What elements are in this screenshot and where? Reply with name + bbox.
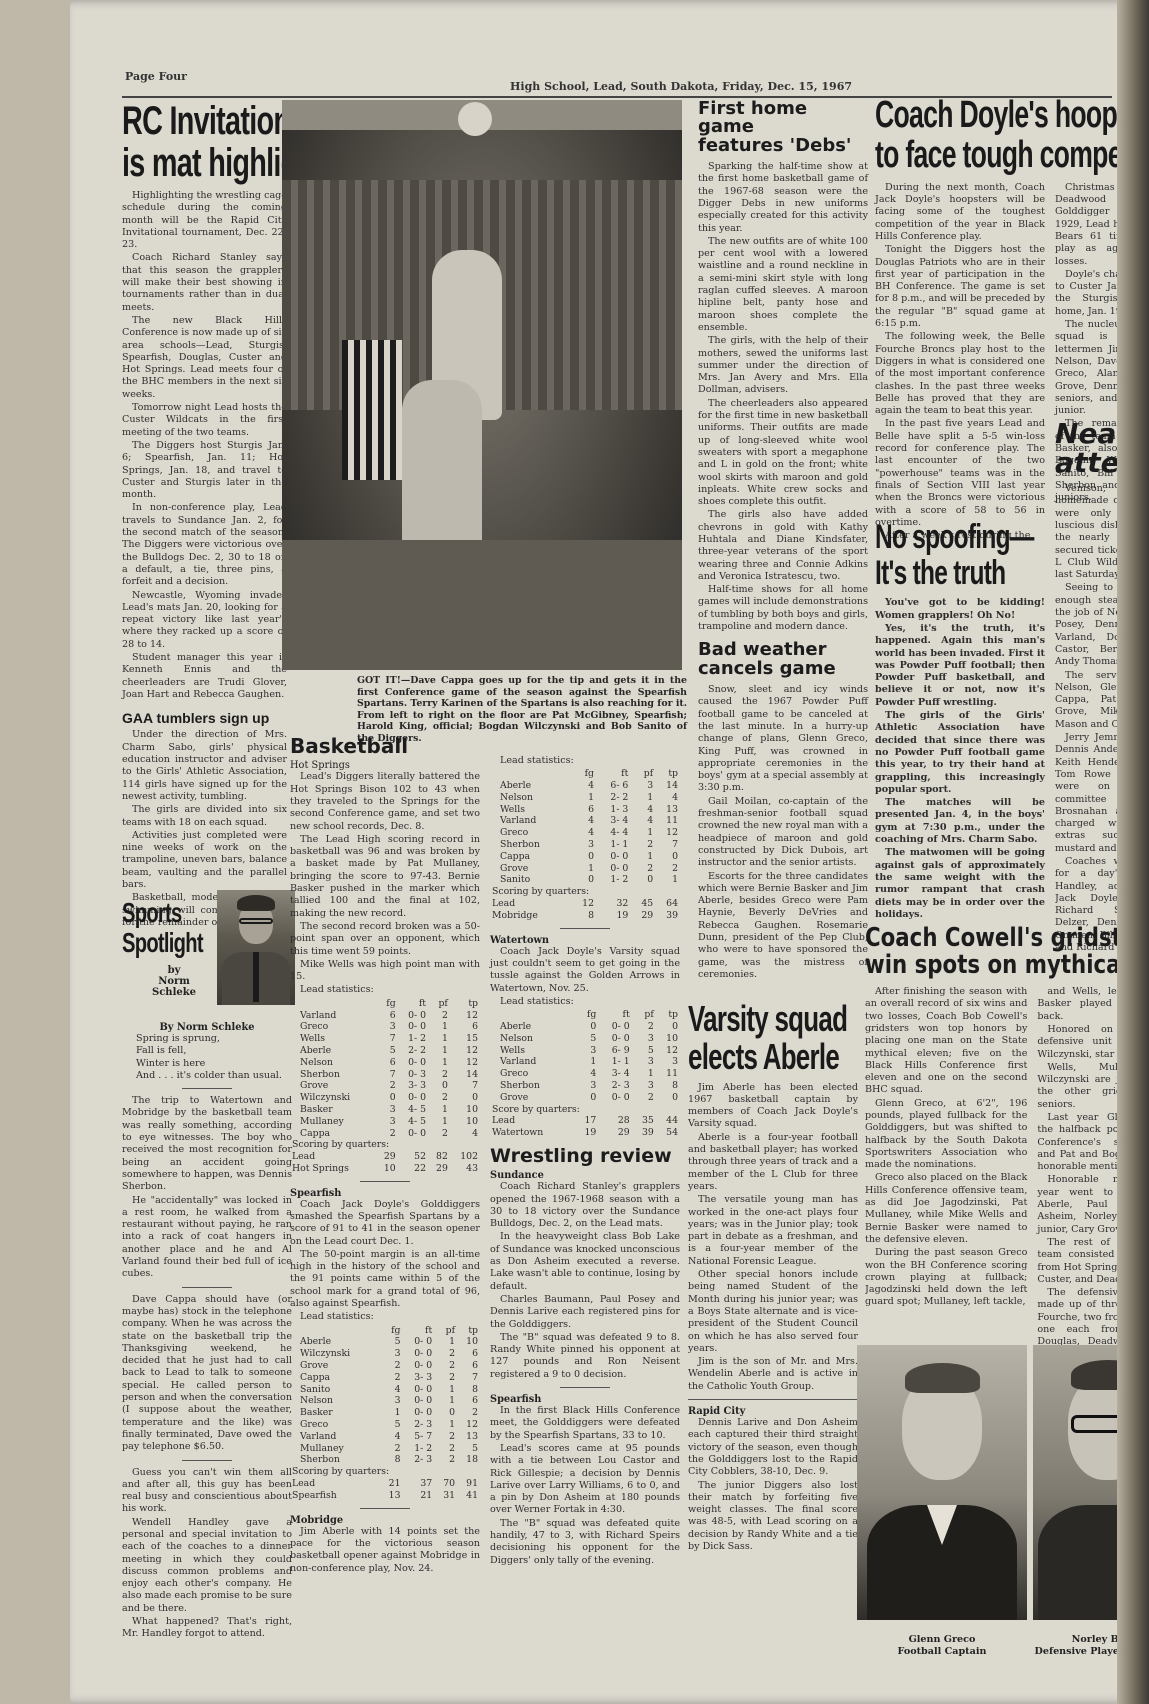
cell: 3- 3 bbox=[403, 1372, 435, 1384]
divider bbox=[560, 1387, 610, 1388]
cell: 3- 4 bbox=[596, 815, 630, 827]
paragraph: After finishing the season with an overa… bbox=[865, 986, 1027, 1097]
table-row: Sanito01- 201 bbox=[490, 874, 680, 886]
cell: 3 bbox=[632, 1080, 656, 1092]
paragraph: The girls are divided into six teams wit… bbox=[122, 804, 287, 829]
paragraph: The 50-point margin is an all-time high … bbox=[290, 1249, 480, 1310]
paragraph: The versatile young man has worked in th… bbox=[688, 1194, 858, 1268]
cell: 18 bbox=[457, 1454, 480, 1466]
quarters-row: Watertown19293954 bbox=[490, 1127, 680, 1139]
doyle-body-col1: During the next month, Coach Jack Doyle'… bbox=[875, 182, 1045, 544]
basketball-action-photo bbox=[282, 100, 682, 670]
cell: 5 bbox=[380, 1336, 403, 1348]
player-name: Varland bbox=[290, 1010, 376, 1022]
cell: 41 bbox=[457, 1490, 480, 1502]
rc-invitational-article: RC Invitational is mat highlight Highlig… bbox=[122, 100, 287, 930]
paragraph: In non-conference play, Lead travels to … bbox=[122, 502, 287, 588]
poem-line: And . . . it's colder than usual. bbox=[136, 1070, 292, 1082]
player-name: Wells bbox=[490, 1045, 574, 1057]
paragraph: The "B" squad was defeated 9 to 8. Randy… bbox=[490, 1332, 680, 1381]
player-name: Grove bbox=[290, 1360, 380, 1372]
divider bbox=[360, 1508, 410, 1509]
cell: 8 bbox=[380, 1454, 403, 1466]
cell: 43 bbox=[450, 1163, 480, 1175]
paragraph: Tonight the Diggers host the Douglas Pat… bbox=[875, 244, 1045, 330]
cell: 19 bbox=[574, 1127, 598, 1139]
cell: 0 bbox=[656, 1092, 680, 1104]
paragraph: The second record broken was a 50-point … bbox=[290, 921, 480, 958]
cell: 4 bbox=[574, 1068, 598, 1080]
mobridge-label: Mobridge bbox=[290, 1515, 480, 1526]
paragraph: Lead's scores came at 95 pounds with a t… bbox=[490, 1443, 680, 1517]
paragraph: Half-time shows for all home games will … bbox=[698, 584, 868, 633]
spearfish-stats-table: fgftpftp Aberle50- 0110 Wilczynski30- 02… bbox=[290, 1325, 480, 1502]
cowell-columns: After finishing the season with an overa… bbox=[865, 986, 1149, 1362]
cell: 32 bbox=[596, 898, 630, 910]
player-name: Aberle bbox=[490, 780, 571, 792]
paragraph: Charles Baumann, Paul Posey and Dennis L… bbox=[490, 1294, 680, 1331]
player-name: Nelson bbox=[490, 1033, 574, 1045]
cutline-name: Glenn Greco bbox=[857, 1634, 1027, 1646]
paragraph: The girls, with the help of their mother… bbox=[698, 335, 868, 396]
player-name: Greco bbox=[290, 1419, 380, 1431]
table-row: Mullaney34- 5110 bbox=[290, 1116, 480, 1128]
referee bbox=[342, 340, 402, 480]
paragraph: Dave Cappa should have (or maybe has) st… bbox=[122, 1294, 292, 1454]
cell: 2 bbox=[428, 1010, 450, 1022]
cell: 1 bbox=[571, 863, 596, 875]
cowell-headline-1: Coach Cowell's gridsters bbox=[865, 925, 1127, 952]
cell: 2- 3 bbox=[598, 1080, 631, 1092]
cell: 13 bbox=[457, 1431, 480, 1443]
rapid-city-body: Dennis Larive and Don Asheim each captur… bbox=[688, 1417, 858, 1553]
cell: 0- 0 bbox=[598, 1092, 631, 1104]
quarters-label: Scoring by quarters: bbox=[490, 886, 680, 898]
paragraph: Activities just completed were nine week… bbox=[122, 830, 287, 891]
stats-label: Lead statistics: bbox=[290, 1311, 480, 1323]
cell: 39 bbox=[655, 910, 680, 922]
cell: 0- 0 bbox=[598, 1021, 631, 1033]
cell: 7 bbox=[376, 1033, 398, 1045]
hot-springs-body: Lead's Diggers literally battered the Ho… bbox=[290, 771, 480, 996]
cell: 2 bbox=[434, 1454, 457, 1466]
cell: 2 bbox=[428, 1092, 450, 1104]
gym-floor bbox=[282, 540, 682, 670]
col-header: tp bbox=[450, 998, 480, 1010]
cell: 12 bbox=[450, 1057, 480, 1069]
cell: 10 bbox=[450, 1116, 480, 1128]
cell: 13 bbox=[380, 1490, 403, 1502]
cell: 14 bbox=[655, 780, 680, 792]
cell: 1 bbox=[434, 1336, 457, 1348]
paragraph: Newcastle, Wyoming invades Lead's mats J… bbox=[122, 590, 287, 651]
paragraph: Aberle is a four-year football and baske… bbox=[688, 1132, 858, 1193]
table-row: Wells71- 2115 bbox=[290, 1033, 480, 1045]
col-header: ft bbox=[403, 1325, 435, 1337]
paragraph: The matwomen will be going against gals … bbox=[875, 847, 1045, 921]
paragraph: The Diggers host Sturgis Jan. 6; Spearfi… bbox=[122, 440, 287, 501]
greco-cutline: Glenn Greco Football Captain bbox=[857, 1634, 1027, 1657]
cell: 22 bbox=[398, 1163, 428, 1175]
paragraph: Under the direction of Mrs. Charm Sabo, … bbox=[122, 729, 287, 803]
cell: 3- 3 bbox=[398, 1080, 428, 1092]
table-row: Grove23- 307 bbox=[290, 1080, 480, 1092]
table-row: Sanito40- 018 bbox=[290, 1384, 480, 1396]
player-name: Wells bbox=[490, 804, 571, 816]
team-name: Lead bbox=[490, 1115, 574, 1127]
basketball-article-col1: Basketball Hot Springs Lead's Diggers li… bbox=[290, 736, 480, 1576]
player-name: Cappa bbox=[290, 1128, 376, 1140]
cell: 19 bbox=[596, 910, 630, 922]
table-row: Varland45- 7213 bbox=[290, 1431, 480, 1443]
quarters-label-row: Scoring by quarters: bbox=[290, 1466, 480, 1478]
aberle-headline-2: elects Aberle bbox=[688, 1038, 810, 1076]
team-name: Lead bbox=[290, 1151, 376, 1163]
cell: 5 bbox=[457, 1443, 480, 1455]
paragraph: Other special honors include being named… bbox=[688, 1269, 858, 1355]
col-header: ft bbox=[596, 768, 630, 780]
col-header: tp bbox=[457, 1325, 480, 1337]
player-name: Cappa bbox=[490, 851, 571, 863]
paragraph: The junior Diggers also lost their match… bbox=[688, 1480, 858, 1554]
hot-springs-stats-table: fgftpftp Varland60- 0212 Greco30- 016 We… bbox=[290, 998, 480, 1175]
cell: 6- 9 bbox=[598, 1045, 631, 1057]
doyle-headline-2: to face tough competition bbox=[875, 136, 1099, 176]
spotlight-body-2: Dave Cappa should have (or maybe has) st… bbox=[122, 1294, 292, 1454]
cell: 1 bbox=[428, 1116, 450, 1128]
cell: 6- 6 bbox=[596, 780, 630, 792]
paragraph: The girls of the Girls' Athletic Associa… bbox=[875, 710, 1045, 796]
player-name: Grove bbox=[490, 863, 571, 875]
cell: 102 bbox=[450, 1151, 480, 1163]
cell: 3 bbox=[632, 1056, 656, 1068]
cell: 6 bbox=[376, 1057, 398, 1069]
cell: 0 bbox=[571, 874, 596, 886]
quarters-row: Spearfish13213141 bbox=[290, 1490, 480, 1502]
cell: 10 bbox=[450, 1104, 480, 1116]
player-name: Mullaney bbox=[290, 1116, 376, 1128]
cowell-article: Coach Cowell's gridsters win spots on my… bbox=[865, 925, 1149, 1362]
mobridge-stats-intro: Lead statistics: bbox=[490, 755, 680, 767]
cell: 2 bbox=[655, 863, 680, 875]
quarters-row: Lead21377091 bbox=[290, 1478, 480, 1490]
quarters-row: Hot Springs10222943 bbox=[290, 1163, 480, 1175]
player-name: Varland bbox=[490, 1056, 574, 1068]
quarters-row: Lead12324564 bbox=[490, 898, 680, 910]
cell: 8 bbox=[571, 910, 596, 922]
cell: 4- 5 bbox=[398, 1104, 428, 1116]
cell: 5 bbox=[632, 1045, 656, 1057]
cell: 12 bbox=[655, 827, 680, 839]
basketball-headline: Basketball bbox=[290, 736, 480, 756]
col-header: fg bbox=[574, 1009, 598, 1021]
cell: 14 bbox=[450, 1069, 480, 1081]
table-row: Wells36- 9512 bbox=[490, 1045, 680, 1057]
player-name: Wells bbox=[290, 1033, 376, 1045]
paragraph: In the first Black Hills Conference meet… bbox=[490, 1405, 680, 1442]
quarters-label-row: Scoring by quarters: bbox=[490, 886, 680, 898]
page-binding-gutter bbox=[1117, 0, 1149, 1704]
cell: 4- 4 bbox=[596, 827, 630, 839]
player-name: Wilczynski bbox=[290, 1348, 380, 1360]
page-number: Page Four bbox=[125, 70, 187, 83]
debs-body: Sparking the half-time show at the first… bbox=[698, 161, 868, 633]
table-row: Sherbon31- 127 bbox=[490, 839, 680, 851]
spotlight-title-2: Spotlight bbox=[122, 928, 203, 957]
cell: 0- 0 bbox=[403, 1336, 435, 1348]
cell: 0- 0 bbox=[398, 1010, 428, 1022]
cell: 29 bbox=[428, 1163, 450, 1175]
table-row: Mullaney21- 225 bbox=[290, 1443, 480, 1455]
doyle-headline-1: Coach Doyle's hoopsters bbox=[875, 96, 1099, 136]
player-name: Greco bbox=[490, 827, 571, 839]
cell: 1 bbox=[434, 1419, 457, 1431]
rapid-city-label: Rapid City bbox=[688, 1406, 858, 1417]
paragraph: He "accidentally" was locked in a rest r… bbox=[122, 1195, 292, 1281]
col-header: pf bbox=[428, 998, 450, 1010]
paragraph: Wendell Handley gave a personal and spec… bbox=[122, 1517, 292, 1615]
player-name: Nelson bbox=[290, 1395, 380, 1407]
wrestling-headline: Wrestling review bbox=[490, 1147, 680, 1166]
cell: 0 bbox=[574, 1092, 598, 1104]
paragraph: Snow, sleet and icy winds caused the 196… bbox=[698, 684, 868, 795]
player-name: Sherbon bbox=[290, 1069, 376, 1081]
portrait-tie bbox=[253, 952, 259, 1002]
stats-header-row: fgftpftp bbox=[290, 998, 480, 1010]
gaa-headline: GAA tumblers sign up bbox=[122, 711, 287, 725]
cell: 0- 0 bbox=[403, 1348, 435, 1360]
paragraph: Sparking the half-time show at the first… bbox=[698, 161, 868, 235]
paragraph: Jim Aberle with 14 points set the pace f… bbox=[290, 1526, 480, 1575]
rc-headline-2: is mat highlight bbox=[122, 142, 241, 184]
table-row: Wilczynski00- 020 bbox=[290, 1092, 480, 1104]
paragraph: Coach Richard Stanley says that this sea… bbox=[122, 252, 287, 313]
cell: 3 bbox=[380, 1395, 403, 1407]
quarters-label: Scoring by quarters: bbox=[290, 1139, 480, 1151]
mobridge-body: Jim Aberle with 14 points set the pace f… bbox=[290, 1526, 480, 1575]
quarters-label-row: Scoring by quarters: bbox=[290, 1139, 480, 1151]
player-name: Cappa bbox=[290, 1372, 380, 1384]
weather-headline-2: cancels game bbox=[698, 660, 868, 678]
cell: 2 bbox=[434, 1443, 457, 1455]
wrestling-spearfish-label: Spearfish bbox=[490, 1394, 680, 1405]
wrestling-spearfish-body: In the first Black Hills Conference meet… bbox=[490, 1405, 680, 1567]
divider bbox=[560, 928, 610, 929]
col-header: fg bbox=[571, 768, 596, 780]
cell: 29 bbox=[630, 910, 655, 922]
paragraph: The trip to Watertown and Mobridge by th… bbox=[122, 1095, 292, 1193]
table-row: Aberle50- 0110 bbox=[290, 1336, 480, 1348]
cell: 0 bbox=[655, 851, 680, 863]
mobridge-stats-table: fgftpftp Aberle46- 6314 Nelson12- 214 We… bbox=[490, 768, 680, 921]
quarters-label: Score by quarters: bbox=[490, 1104, 680, 1116]
cell: 2 bbox=[428, 1069, 450, 1081]
cell: 12 bbox=[571, 898, 596, 910]
paragraph: Escorts for the three candidates which w… bbox=[698, 871, 868, 982]
cell: 12 bbox=[457, 1419, 480, 1431]
paragraph: Highlighting the wrestling cage schedule… bbox=[122, 190, 287, 251]
paragraph: The new Black Hills Conference is now ma… bbox=[122, 315, 287, 401]
cell: 4 bbox=[655, 792, 680, 804]
player-name: Varland bbox=[490, 815, 571, 827]
rc-headline-1: RC Invitational bbox=[122, 100, 241, 142]
table-row: Sherbon70- 3214 bbox=[290, 1069, 480, 1081]
divider bbox=[182, 1287, 232, 1288]
cell: 39 bbox=[632, 1127, 656, 1139]
paragraph: The matches will be presented Jan. 4, in… bbox=[875, 797, 1045, 846]
team-name: Spearfish bbox=[290, 1490, 380, 1502]
table-row: Aberle52- 2112 bbox=[290, 1045, 480, 1057]
debs-headline-2: features 'Debs' bbox=[698, 137, 868, 155]
weather-body: Snow, sleet and icy winds caused the 196… bbox=[698, 684, 868, 981]
cell: 0- 0 bbox=[598, 1033, 631, 1045]
table-row: Basker10- 002 bbox=[290, 1407, 480, 1419]
col-header: pf bbox=[434, 1325, 457, 1337]
cell: 6 bbox=[457, 1348, 480, 1360]
cell: 5 bbox=[376, 1045, 398, 1057]
table-row: Wilczynski30- 026 bbox=[290, 1348, 480, 1360]
spotlight-body-3: Guess you can't win them all and after a… bbox=[122, 1467, 292, 1641]
cell: 0 bbox=[450, 1092, 480, 1104]
cowell-body-col1: After finishing the season with an overa… bbox=[865, 986, 1027, 1362]
cell: 0 bbox=[574, 1021, 598, 1033]
cell: 11 bbox=[656, 1068, 680, 1080]
paragraph: The Lead High scoring record in basketba… bbox=[290, 834, 480, 920]
cell: 2 bbox=[434, 1348, 457, 1360]
aberle-body: Jim Aberle has been elected 1967 basketb… bbox=[688, 1082, 858, 1393]
cell: 2 bbox=[630, 863, 655, 875]
spotlight-poem: Spring is sprung, Fall is fell, Winter i… bbox=[122, 1033, 292, 1082]
paragraph: The girls also have added chevrons in go… bbox=[698, 509, 868, 583]
spoofing-article: No spoofing— It's the truth You've got t… bbox=[875, 520, 1045, 922]
cell: 4 bbox=[571, 827, 596, 839]
cell: 2 bbox=[376, 1080, 398, 1092]
quarters-row: Lead295282102 bbox=[290, 1151, 480, 1163]
cell: 7 bbox=[450, 1080, 480, 1092]
cell: 0 bbox=[630, 874, 655, 886]
cell: 6 bbox=[376, 1010, 398, 1022]
table-row: Aberle00- 020 bbox=[490, 1021, 680, 1033]
table-row: Greco44- 4112 bbox=[490, 827, 680, 839]
paragraph: Glenn Greco, at 6'2", 196 pounds, played… bbox=[865, 1098, 1027, 1172]
poem-line: Spring is sprung, bbox=[136, 1033, 292, 1045]
cowell-headline-2: win spots on mythical teams bbox=[865, 952, 1127, 979]
cell: 54 bbox=[656, 1127, 680, 1139]
cell: 3 bbox=[380, 1348, 403, 1360]
cell: 1 bbox=[434, 1395, 457, 1407]
sundance-label: Sundance bbox=[490, 1170, 680, 1181]
cell: 1- 2 bbox=[398, 1033, 428, 1045]
player-name: Sherbon bbox=[490, 1080, 574, 1092]
quarters-label: Scoring by quarters: bbox=[290, 1466, 480, 1478]
cell: 4 bbox=[630, 815, 655, 827]
cell: 1 bbox=[428, 1033, 450, 1045]
cell: 0- 0 bbox=[403, 1384, 435, 1396]
debs-article: First home game features 'Debs' Sparking… bbox=[698, 100, 868, 982]
spoof-headline-1: No spoofing— bbox=[875, 520, 997, 556]
player-name: Grove bbox=[290, 1080, 376, 1092]
col-header: ft bbox=[598, 1009, 631, 1021]
author-first: Norm bbox=[152, 976, 196, 987]
col-header: fg bbox=[376, 998, 398, 1010]
spotlight-title-1: Sports bbox=[122, 898, 182, 927]
paragraph: The cheerleaders also appeared for the f… bbox=[698, 398, 868, 509]
cell: 0- 0 bbox=[398, 1057, 428, 1069]
cell: 0 bbox=[656, 1021, 680, 1033]
player-name: Aberle bbox=[490, 1021, 574, 1033]
paragraph: Coach Jack Doyle's Varsity squad just co… bbox=[490, 946, 680, 995]
cell: 44 bbox=[656, 1115, 680, 1127]
player-name: Nelson bbox=[290, 1057, 376, 1069]
spotlight-body-1: The trip to Watertown and Mobridge by th… bbox=[122, 1095, 292, 1280]
cell: 6 bbox=[450, 1021, 480, 1033]
hot-springs-label: Hot Springs bbox=[290, 760, 480, 771]
cell: 4- 5 bbox=[398, 1116, 428, 1128]
basketball-ball bbox=[458, 102, 492, 136]
cell: 0- 0 bbox=[403, 1395, 435, 1407]
rc-body: Highlighting the wrestling cage schedule… bbox=[122, 190, 287, 701]
cell: 6 bbox=[571, 804, 596, 816]
table-row: Grove20- 026 bbox=[290, 1360, 480, 1372]
paragraph: Dennis Larive and Don Asheim each captur… bbox=[688, 1417, 858, 1478]
cell: 1- 2 bbox=[403, 1443, 435, 1455]
player-name: Sanito bbox=[490, 874, 571, 886]
glasses-icon bbox=[239, 918, 273, 924]
divider bbox=[182, 1088, 232, 1089]
cell: 4 bbox=[450, 1128, 480, 1140]
wrestling-body: Coach Richard Stanley's grapplers opened… bbox=[490, 1181, 680, 1381]
cell: 0- 0 bbox=[398, 1021, 428, 1033]
team-name: Mobridge bbox=[490, 910, 571, 922]
cell: 2 bbox=[632, 1021, 656, 1033]
author-last: Schleke bbox=[152, 987, 196, 998]
quarters-row: Lead17283544 bbox=[490, 1115, 680, 1127]
table-row: Varland60- 0212 bbox=[290, 1010, 480, 1022]
cell: 5 bbox=[380, 1419, 403, 1431]
paragraph: You've got to be kidding! Women grappler… bbox=[875, 597, 1045, 622]
cell: 4 bbox=[571, 815, 596, 827]
watertown-stats-table: fgftpftp Aberle00- 020 Nelson50- 0310 We… bbox=[490, 1009, 680, 1139]
author-portrait-photo bbox=[217, 890, 295, 1005]
by-label: by bbox=[152, 965, 196, 976]
watertown-label: Watertown bbox=[490, 935, 680, 946]
table-row: Greco30- 016 bbox=[290, 1021, 480, 1033]
cell: 1 bbox=[655, 874, 680, 886]
paragraph: Jim is the son of Mr. and Mrs. Wendelin … bbox=[688, 1356, 858, 1393]
basketball-article-col2: Lead statistics: fgftpftp Aberle46- 6314… bbox=[490, 755, 680, 1568]
newspaper-page: Page Four High School, Lead, South Dakot… bbox=[70, 0, 1149, 1704]
cell: 0- 0 bbox=[596, 851, 630, 863]
paragraph: Student manager this year is Kenneth Enn… bbox=[122, 652, 287, 701]
cell: 2 bbox=[630, 839, 655, 851]
table-row: Greco43- 4111 bbox=[490, 1068, 680, 1080]
cell: 8 bbox=[656, 1080, 680, 1092]
cell: 1- 1 bbox=[598, 1056, 631, 1068]
stats-header-row: fgftpftp bbox=[290, 1325, 480, 1337]
team-name: Lead bbox=[490, 898, 571, 910]
table-row: Nelson12- 214 bbox=[490, 792, 680, 804]
col-header: pf bbox=[630, 768, 655, 780]
cell: 5 bbox=[574, 1033, 598, 1045]
cell: 13 bbox=[655, 804, 680, 816]
table-row: Sherbon32- 338 bbox=[490, 1080, 680, 1092]
paragraph: The "B" squad was defeated quite handily… bbox=[490, 1518, 680, 1567]
table-row: Cappa20- 024 bbox=[290, 1128, 480, 1140]
cell: 1 bbox=[630, 792, 655, 804]
cell: 3 bbox=[571, 839, 596, 851]
cell: 21 bbox=[380, 1478, 403, 1490]
aberle-headline-1: Varsity squad bbox=[688, 1000, 810, 1038]
